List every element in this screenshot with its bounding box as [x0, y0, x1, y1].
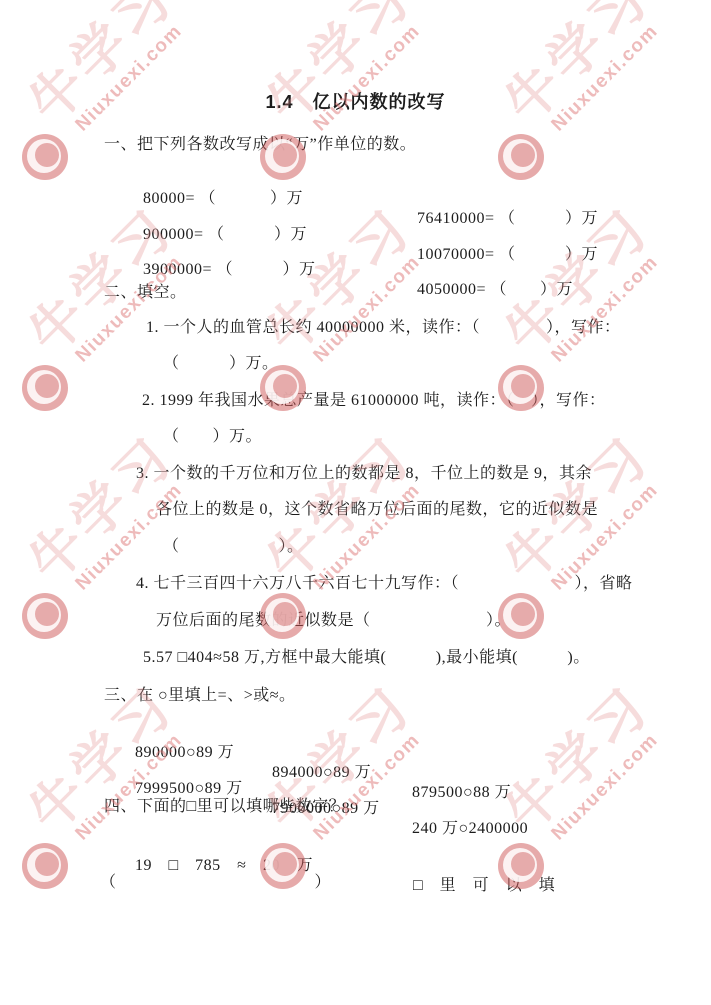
question-line: 5.57 □404≈58 万,方框中最大能填( ),最小能填( )。	[143, 648, 590, 668]
watermark-domain-text: Niuxuexi.com	[51, 0, 208, 157]
fill-blank-item: 3900000= （ ）万	[143, 260, 316, 280]
watermark-tile: 牛学习 Niuxuexi.com	[494, 461, 711, 669]
watermark-tile: 牛学习 Niuxuexi.com	[256, 461, 474, 669]
section-one-row: 3900000= （ ）万 4050000= （ ）万	[0, 240, 711, 320]
logo-core-icon	[35, 374, 59, 398]
logo-core-icon	[35, 143, 59, 167]
question-line: （ ）。	[163, 537, 304, 557]
question-line: 各位上的数是 0，这个数省略万位后面的尾数，它的近似数是	[156, 500, 598, 520]
section-three-header: 三、在 ○里填上=、>或≈。	[104, 686, 296, 706]
page-title: 1.4 亿以内数的改写	[0, 92, 711, 112]
question-line: （ ）万。	[163, 427, 262, 447]
watermark-text-group: 牛学习 Niuxuexi.com	[486, 418, 711, 668]
question-line: 万位后面的尾数的近似数是（ ）。	[156, 611, 511, 631]
question-line: （ ）万。	[163, 354, 279, 374]
logo-core-icon	[35, 602, 59, 626]
watermark-brand-text: 牛学习	[10, 0, 194, 143]
logo-swirl-icon	[503, 139, 537, 173]
question-line: 4. 七千三百四十六万八千六百七十九写作：（ ），省略	[136, 574, 633, 594]
watermark-tile: 牛学习 Niuxuexi.com	[18, 461, 236, 669]
watermark-domain-text: Niuxuexi.com	[289, 0, 446, 157]
question-line: 1. 一个人的血管总长约 40000000 米，读作：（ ），写作：	[146, 318, 621, 338]
logo-swirl-icon	[27, 598, 61, 632]
box-fill-hint: □ 里 可 以 填	[413, 876, 555, 896]
compare-item: 7999500○89 万	[135, 779, 243, 799]
question-line: 2. 1999 年我国水果总产量是 61000000 吨，读作：（ ），写作：	[142, 391, 606, 411]
logo-core-icon	[511, 602, 535, 626]
niuxuexi-logo-icon	[22, 593, 68, 639]
logo-swirl-icon	[27, 370, 61, 404]
watermark-brand-text: 牛学习	[486, 0, 670, 143]
watermark-brand-text: 牛学习	[248, 0, 432, 143]
section-two-header: 二、填空。	[104, 283, 187, 303]
niuxuexi-logo-icon	[22, 365, 68, 411]
logo-core-icon	[511, 143, 535, 167]
worksheet-page: 1.4 亿以内数的改写 一、把下列各数改写成以“万”作单位的数。 80000= …	[0, 0, 711, 1005]
section-four-header: 四、下面的□里可以填哪些数字？	[104, 797, 345, 817]
section-one-header: 一、把下列各数改写成以“万”作单位的数。	[104, 135, 416, 155]
logo-swirl-icon	[27, 139, 61, 173]
answer-parentheses: （ ）	[100, 873, 331, 893]
fill-blank-item: 4050000= （ ）万	[417, 280, 573, 300]
watermark-domain-text: Niuxuexi.com	[527, 0, 684, 157]
question-line: 3. 一个数的千万位和万位上的数都是 8，千位上的数是 9，其余	[136, 464, 592, 484]
